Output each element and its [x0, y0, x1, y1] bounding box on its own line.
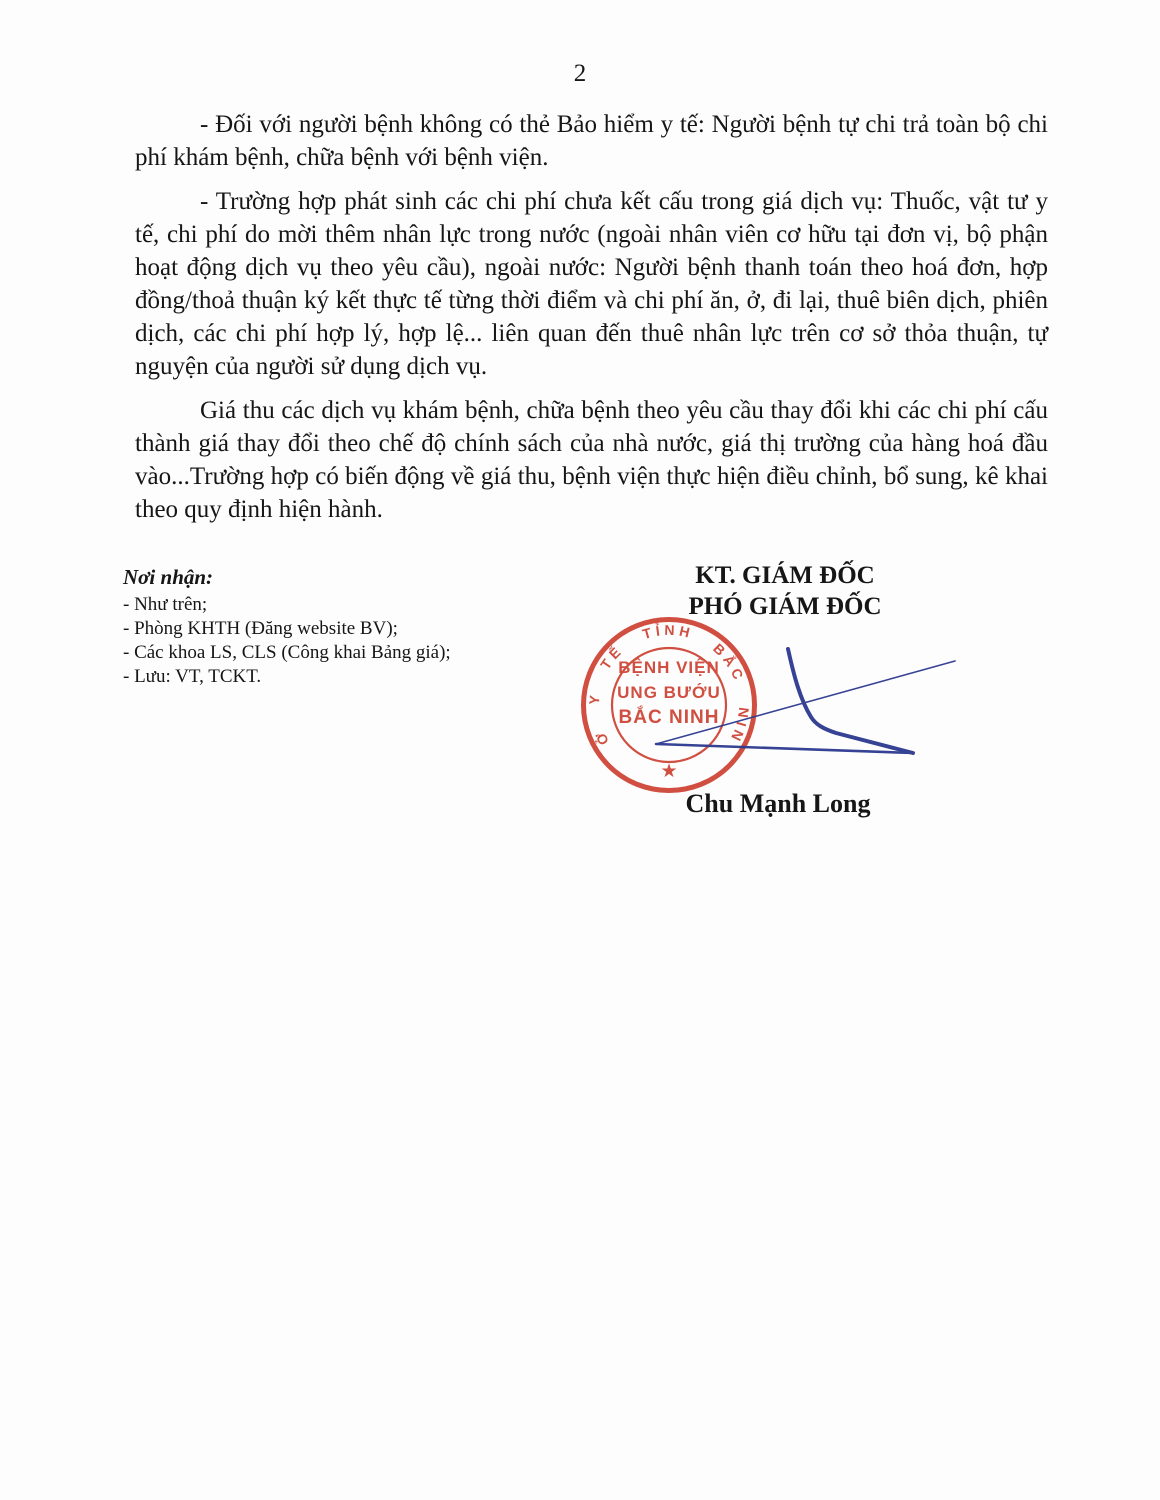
signature-stroke-bottom-line — [656, 744, 913, 753]
paragraph-price-changes: Giá thu các dịch vụ khám bệnh, chữa bệnh… — [135, 394, 1048, 526]
document-page: 2 - Đối với người bệnh không có thẻ Bảo … — [0, 0, 1160, 1500]
paragraph-extra-costs: - Trường hợp phát sinh các chi phí chưa … — [135, 185, 1048, 383]
signer-name: Chu Mạnh Long — [628, 789, 928, 819]
signature-title-line1: KT. GIÁM ĐỐC — [635, 560, 935, 591]
handwritten-signature — [620, 630, 980, 780]
recipient-item: - Lưu: VT, TCKT. — [123, 665, 451, 689]
paragraph-no-insurance: - Đối với người bệnh không có thẻ Bảo hi… — [135, 108, 1048, 174]
signature-heading: KT. GIÁM ĐỐC PHÓ GIÁM ĐỐC — [635, 560, 935, 622]
signature-stroke-main — [788, 649, 913, 753]
recipient-item: - Các khoa LS, CLS (Công khai Bảng giá); — [123, 641, 451, 665]
page-number: 2 — [0, 60, 1160, 88]
recipient-item: - Như trên; — [123, 593, 451, 617]
recipients-block: Nơi nhận: - Như trên; - Phòng KHTH (Đăng… — [123, 565, 451, 689]
document-body: - Đối với người bệnh không có thẻ Bảo hi… — [135, 108, 1048, 537]
recipients-title: Nơi nhận: — [123, 565, 451, 589]
recipient-item: - Phòng KHTH (Đăng website BV); — [123, 617, 451, 641]
